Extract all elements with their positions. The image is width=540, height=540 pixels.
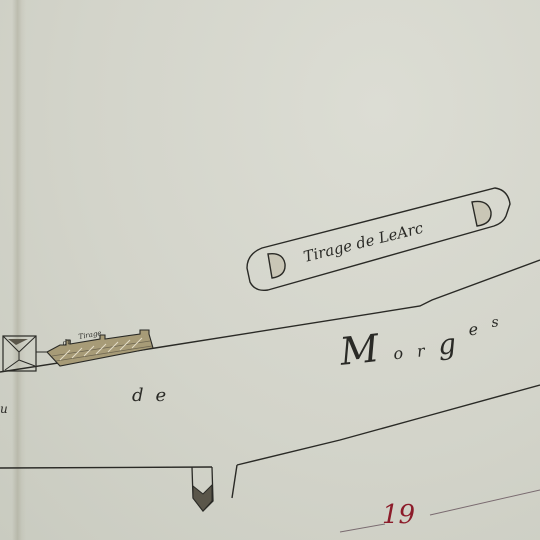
map-sheet: Tirage de LeArc du Tirage u de Morges 19 [0, 0, 540, 540]
page-number-rule [0, 0, 540, 540]
